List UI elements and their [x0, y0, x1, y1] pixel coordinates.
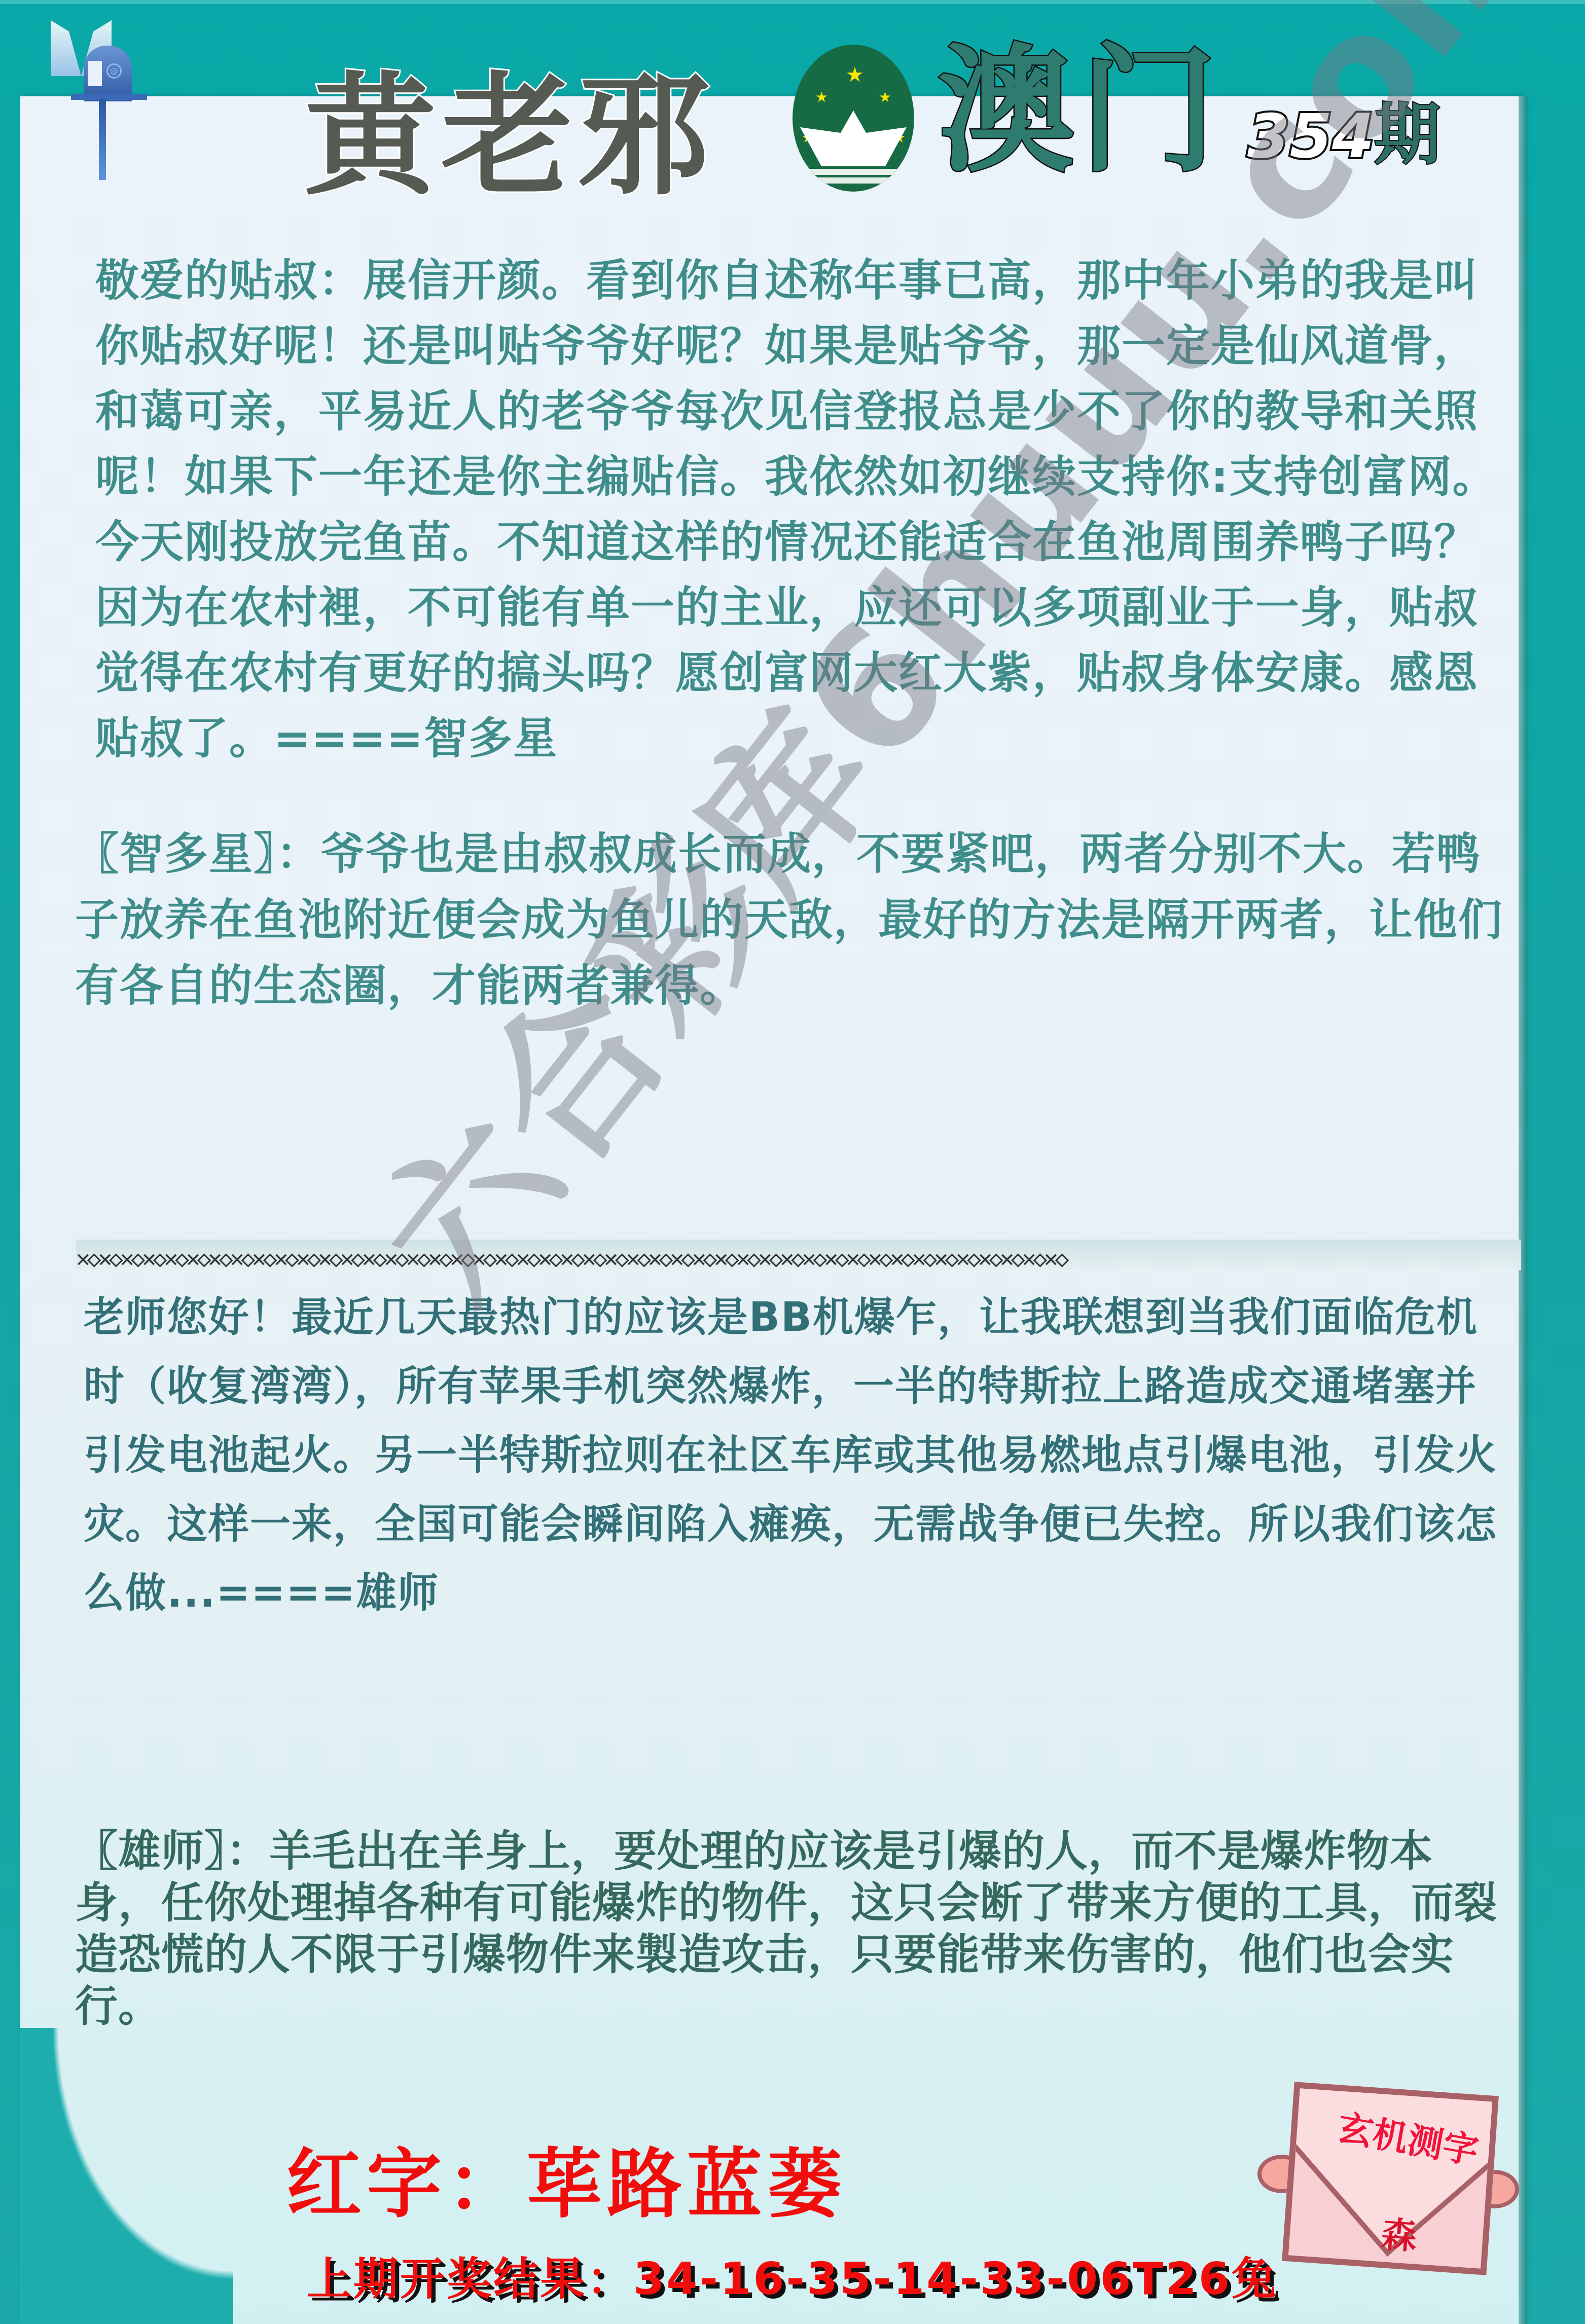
reader-letter-2: 老师您好！最近几天最热门的应该是BB机爆乍，让我联想到当我们面临危机时（收复湾湾… [84, 1283, 1514, 1627]
page-curl-corner [20, 2028, 233, 2324]
last-result-label: 上期开奖结果： [307, 2253, 633, 2305]
star-icon: ★ [879, 90, 891, 104]
macau-emblem-icon: ★ ★ ★ ★ ★ [792, 45, 914, 192]
envelope-character: 森 [1380, 2206, 1419, 2260]
star-icon: ★ [815, 90, 828, 104]
mailbox-icon: @ [35, 10, 248, 172]
envelope-body: 玄机测字 森 [1282, 2082, 1499, 2275]
mailbox-flag [71, 94, 147, 100]
bridge-wave [808, 177, 899, 184]
riddle-envelope-icon: 玄机测字 森 [1257, 2068, 1511, 2266]
mailbox-post [99, 99, 106, 180]
page-title: 黄老邪 [304, 30, 715, 203]
title-main-text: 黄老邪 [304, 71, 715, 203]
letter-icon [88, 61, 102, 86]
mailbox-body: @ [84, 46, 132, 101]
red-words-value: 荜路蓝蒌 [527, 2140, 847, 2228]
last-draw-result: 上期开奖结果：34-16-35-14-33-06T26兔 [307, 2243, 1278, 2307]
editor-reply-2: 〖雄师〗：羊毛出在羊身上，要处理的应该是引爆的人，而不是爆炸物本身，任你处理掉各… [75, 1825, 1510, 2032]
red-words-label: 红字： [286, 2140, 527, 2228]
at-sign-icon: @ [106, 63, 122, 79]
paper-edge-shadow [1519, 96, 1527, 2324]
bridge-wave [808, 169, 899, 175]
red-words-hint: 红字：荜路蓝蒌 [286, 2124, 847, 2232]
lotus-icon [800, 111, 907, 166]
last-result-value: 34-16-35-14-33-06T26兔 [633, 2253, 1278, 2305]
cross-stitch-pattern: ✕◇✕◇✕◇✕◇✕◇✕◇✕◇✕◇✕◇✕◇✕◇✕◇✕◇✕◇✕◇✕◇✕◇✕◇✕◇✕◇… [76, 1247, 1521, 1270]
section-divider: ✕◇✕◇✕◇✕◇✕◇✕◇✕◇✕◇✕◇✕◇✕◇✕◇✕◇✕◇✕◇✕◇✕◇✕◇✕◇✕◇… [76, 1240, 1521, 1270]
star-icon: ★ [846, 65, 864, 85]
